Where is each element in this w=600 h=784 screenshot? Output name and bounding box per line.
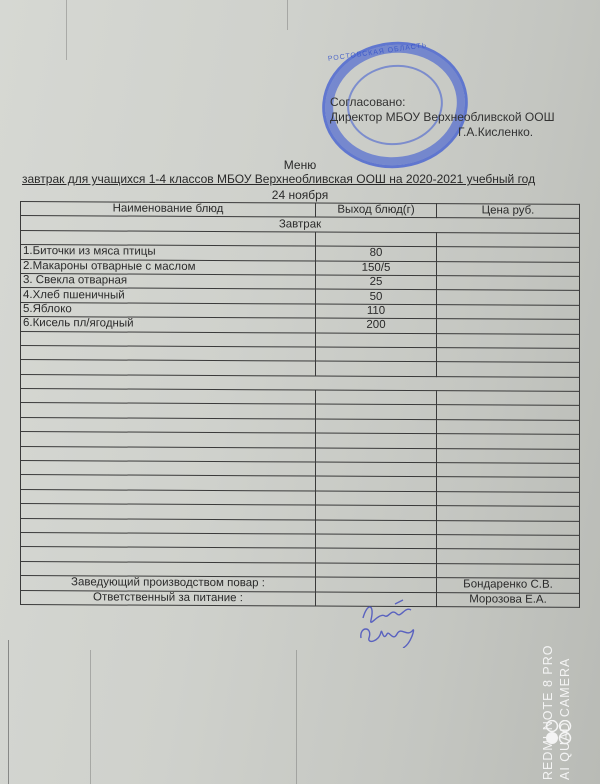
dish-name: 3. Свекла отварная (21, 273, 316, 289)
dish-name: 5.Яблоко (21, 302, 316, 318)
dish-yield: 110 (316, 304, 437, 319)
dish-price (437, 261, 580, 276)
approval-signatory: Г.А.Кисленко. (330, 125, 555, 140)
stamp-text: РОСТОВСКАЯ ОБЛАСТЬ (328, 42, 428, 63)
camera-logo-icon (545, 720, 575, 750)
approval-director: Директор МБОУ Верхнеобливской ООШ (330, 110, 555, 125)
dish-name: 1.Биточки из мяса птицы (21, 245, 316, 261)
paper-fold-mark (287, 0, 288, 30)
document-subtitle: завтрак для учащихся 1-4 классов МБОУ Ве… (22, 172, 535, 186)
approval-label: Согласовано: (330, 95, 555, 110)
menu-table: Наименование блюд Выход блюд(г) Цена руб… (20, 201, 580, 608)
dish-price (437, 247, 580, 262)
approval-block: Согласовано: Директор МБОУ Верхнеобливск… (330, 95, 555, 140)
column-header-yield: Выход блюд(г) (316, 203, 437, 218)
signature-row: Ответственный за питание : Морозова Е.А. (21, 590, 580, 607)
column-header-dish: Наименование блюд (21, 202, 316, 218)
column-header-price: Цена руб. (437, 204, 580, 219)
dish-price (437, 304, 580, 319)
dish-price (437, 290, 580, 305)
signature-name: Бондаренко С.В. (437, 578, 580, 593)
paper-fold-mark (66, 0, 67, 60)
dish-price (437, 319, 580, 334)
signature-field (316, 577, 437, 592)
handwritten-signature (355, 598, 425, 648)
dish-yield: 25 (316, 275, 437, 290)
paper-fold-mark (90, 650, 91, 784)
dish-yield: 50 (316, 289, 437, 304)
paper-fold-mark (296, 650, 297, 784)
signature-role: Ответственный за питание : (21, 590, 316, 606)
dish-yield: 150/5 (316, 261, 437, 276)
camera-watermark: REDMI NOTE 8 PRO AI QUAD CAMERA (540, 645, 574, 780)
signature-role: Заведующий производством повар : (21, 576, 316, 592)
dish-yield: 80 (316, 246, 437, 261)
dish-name: 6.Кисель пл/ягодный (21, 317, 316, 333)
paper-fold-mark (8, 640, 9, 784)
dish-name: 2.Макароны отварные с маслом (21, 259, 316, 275)
dish-price (437, 276, 580, 291)
dish-name: 4.Хлеб пшеничный (21, 288, 316, 304)
dish-yield: 200 (316, 318, 437, 333)
watermark-line2: AI QUAD CAMERA (557, 645, 574, 780)
signature-name: Морозова Е.А. (437, 592, 580, 607)
document-title: Меню (0, 158, 600, 172)
menu-date: 24 ноября (0, 188, 600, 202)
watermark-line1: REDMI NOTE 8 PRO (540, 645, 557, 780)
